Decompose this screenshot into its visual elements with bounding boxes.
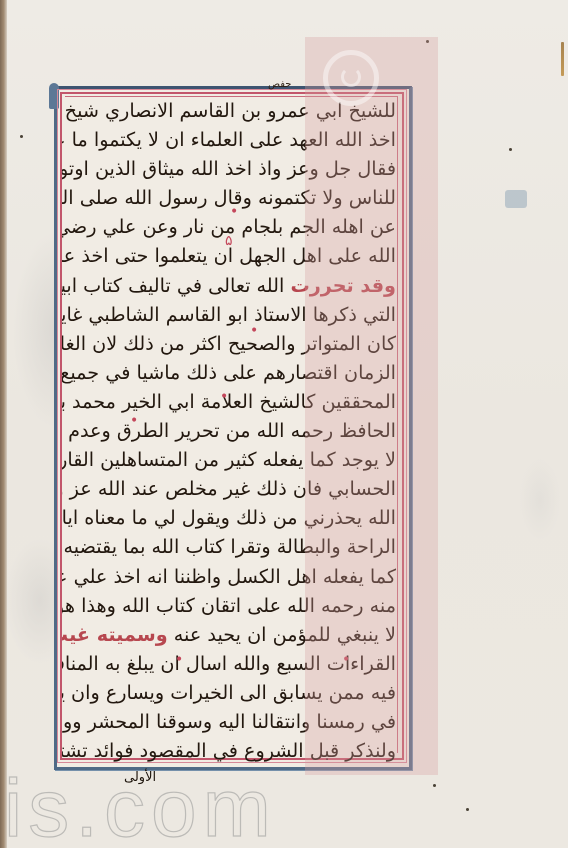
- text-line: التي ذكرها الاستاذ ابو القاسم الشاطبي غا…: [62, 300, 400, 329]
- text-line: الله يحذرني من ذلك ويقول لي ما معناه ايا…: [62, 503, 400, 532]
- book-spine-edge: [0, 0, 7, 848]
- red-dot-marker: •: [220, 389, 228, 405]
- red-dot-marker: •: [230, 204, 238, 220]
- paper-stain: [505, 190, 527, 208]
- text-line: منه رحمه الله على اتقان كتاب الله وهذا ه…: [62, 591, 400, 620]
- text-line: اخذ الله العهد على العلماء ان لا يكتموا …: [62, 125, 400, 154]
- text-line: لا ينبغي للمؤمن ان يحيد عنه وسميته غيث ا…: [62, 620, 400, 649]
- red-dot-marker: •: [250, 323, 258, 339]
- text-line: الزمان اقتصارهم على ذلك ماشيا في جميع ذل…: [62, 358, 400, 387]
- manuscript-page: حفص للشيخ ابي عمرو بن القاسم الانصاري شي…: [0, 0, 568, 848]
- paper-speck: [433, 784, 436, 787]
- red-dot-marker: •: [342, 652, 350, 668]
- text-line: فيه ممن يسابق الى الخيرات ويسارع وان يري…: [62, 678, 400, 707]
- paper-speck: [20, 135, 23, 138]
- text-line: الراحة والبطالة وتقرا كتاب الله بما يقتض…: [62, 532, 400, 561]
- rubric-title: وسميته غيث النفع: [62, 623, 168, 646]
- interlinear-note: حفص: [268, 79, 292, 90]
- red-ornament-marker: ۵: [225, 233, 233, 249]
- page-edge-mark: [561, 42, 564, 76]
- text-line: وقد تحررت الله تعالى في تاليف كتاب ابين …: [62, 271, 400, 300]
- paper-speck: [466, 808, 469, 811]
- red-dot-marker: •: [175, 652, 183, 668]
- text-line: ولنذكر قبل الشروع في المقصود فوائد تشتد …: [62, 736, 400, 765]
- red-dot-marker: •: [130, 413, 138, 429]
- frame-corner-ornament: [49, 83, 59, 109]
- watermark-logo-icon: [323, 50, 379, 106]
- text-line: المحققين كالشيخ العلامة ابي الخير محمد ب…: [62, 387, 400, 416]
- rubric-heading: وقد تحررت: [290, 274, 396, 297]
- text-line: الحسابي فان ذلك غير مخلص عند الله عز وجل…: [62, 474, 400, 503]
- paper-speck: [509, 148, 512, 151]
- text-line: في رمسنا وانتقالنا اليه وسوقنا المحشر وو…: [62, 707, 400, 736]
- text-line: كان المتواتر والصحيح اكثر من ذلك لان الغ…: [62, 329, 400, 358]
- paper-speck: [426, 40, 429, 43]
- watermark-text: is.com: [4, 768, 277, 848]
- text-line: فقال جل وعز واذ اخذ الله ميثاق الذين اوت…: [62, 154, 400, 183]
- text-line: لا يوجد كما يفعله كثير من المتساهلين الق…: [62, 445, 400, 474]
- text-line: الحافظ رحمه الله من تحرير الطرق وعدم الق…: [62, 416, 400, 445]
- text-line: كما يفعله اهل الكسل واظننا انه اخذ علي ع…: [62, 562, 400, 591]
